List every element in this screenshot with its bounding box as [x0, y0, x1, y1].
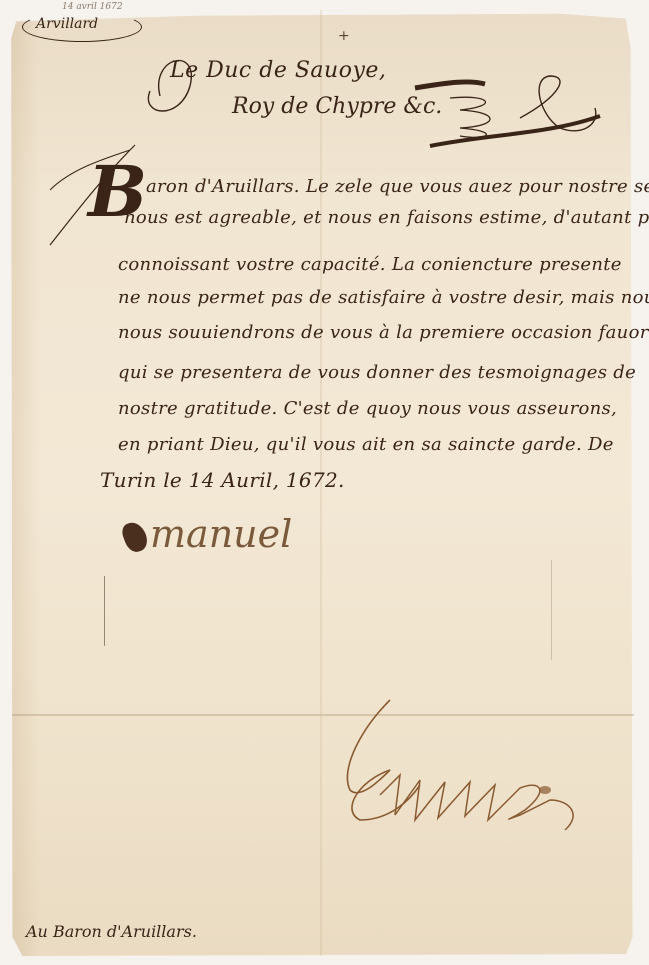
margin-mark [551, 560, 552, 660]
body-line-6: qui se presentera de vous donner des tes… [118, 362, 636, 383]
date-line: Turin le 14 Auril, 1672. [100, 468, 345, 492]
signature-emanuel: manuel [150, 512, 292, 556]
body-line-2: nous est agreable, et nous en faisons es… [124, 207, 649, 228]
calligraphic-flourish-icon [130, 36, 610, 156]
body-line-5: nous souuiendrons de vous à la premiere … [118, 322, 649, 343]
body-line-7: nostre gratitude. C'est de quoy nous vou… [118, 398, 617, 419]
body-line-1: aron d'Aruillars. Le zele que vous auez … [146, 176, 649, 197]
initial-flourish-icon [40, 140, 140, 250]
body-line-8: en priant Dieu, qu'il vous ait en sa sai… [118, 434, 614, 455]
docket-name: Arvillard [36, 16, 98, 32]
margin-mark [104, 576, 105, 646]
secretary-signature-icon [320, 690, 590, 840]
body-line-4: ne nous permet pas de satisfaire à vostr… [118, 287, 649, 308]
docket-date: 14 avril 1672 [62, 2, 123, 12]
address-line: Au Baron d'Aruillars. [26, 922, 197, 941]
body-line-3: connoissant vostre capacité. La conienct… [118, 254, 622, 275]
